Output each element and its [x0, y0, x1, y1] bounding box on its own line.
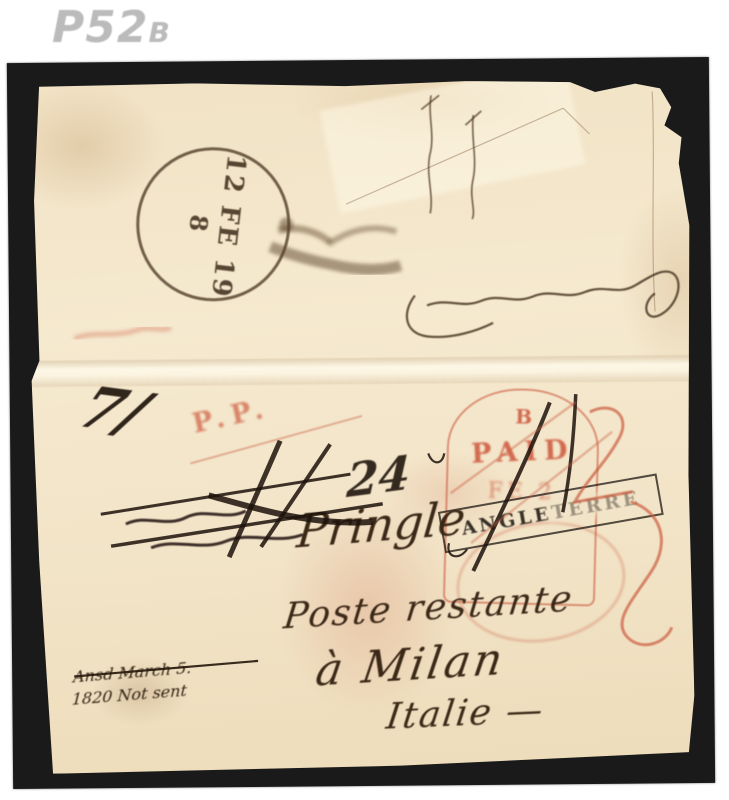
watermark-sub: B: [148, 16, 170, 49]
signature-stroke: [407, 295, 494, 337]
circular-datestamp-text: 12 FE 19 8: [176, 149, 251, 299]
watermark-main: P52: [52, 2, 148, 53]
address-line-country: Italie —: [384, 690, 547, 738]
scribble-stroke: [228, 441, 281, 557]
signature-stroke: [635, 271, 679, 316]
auction-photo: P52B 12 FE 19 8 B PAID FE 2 P.P.: [0, 0, 729, 800]
address-line-city: à Milan: [312, 634, 508, 697]
seller-watermark: P52B: [52, 2, 171, 53]
crease-line: [652, 91, 655, 311]
paid-index-letter: B: [449, 403, 598, 431]
signature-stroke: [427, 286, 635, 306]
black-mount-card: 12 FE 19 8 B PAID FE 2 P.P. ANGLETERRE 7…: [7, 57, 715, 789]
docket-note: Ansd March 5. 1820 Not sent: [71, 648, 303, 710]
smudge-stroke: [328, 228, 396, 244]
fold-flap-highlight: [320, 61, 586, 214]
signature-showthrough: [407, 271, 679, 337]
smudge-stroke: [270, 246, 400, 271]
crossed-word: [151, 535, 303, 548]
letter-paper: 12 FE 19 8 B PAID FE 2 P.P. ANGLETERRE 7…: [27, 71, 705, 777]
pp-handstamp: P.P.: [190, 381, 327, 454]
address-line-name: Pringle: [295, 491, 468, 559]
crossed-word: [126, 511, 246, 524]
red-flourish: [621, 501, 672, 645]
circular-datestamp: 12 FE 19 8: [136, 147, 291, 302]
paid-word: PAID: [448, 433, 597, 470]
faint-red-smudge: [74, 328, 171, 339]
